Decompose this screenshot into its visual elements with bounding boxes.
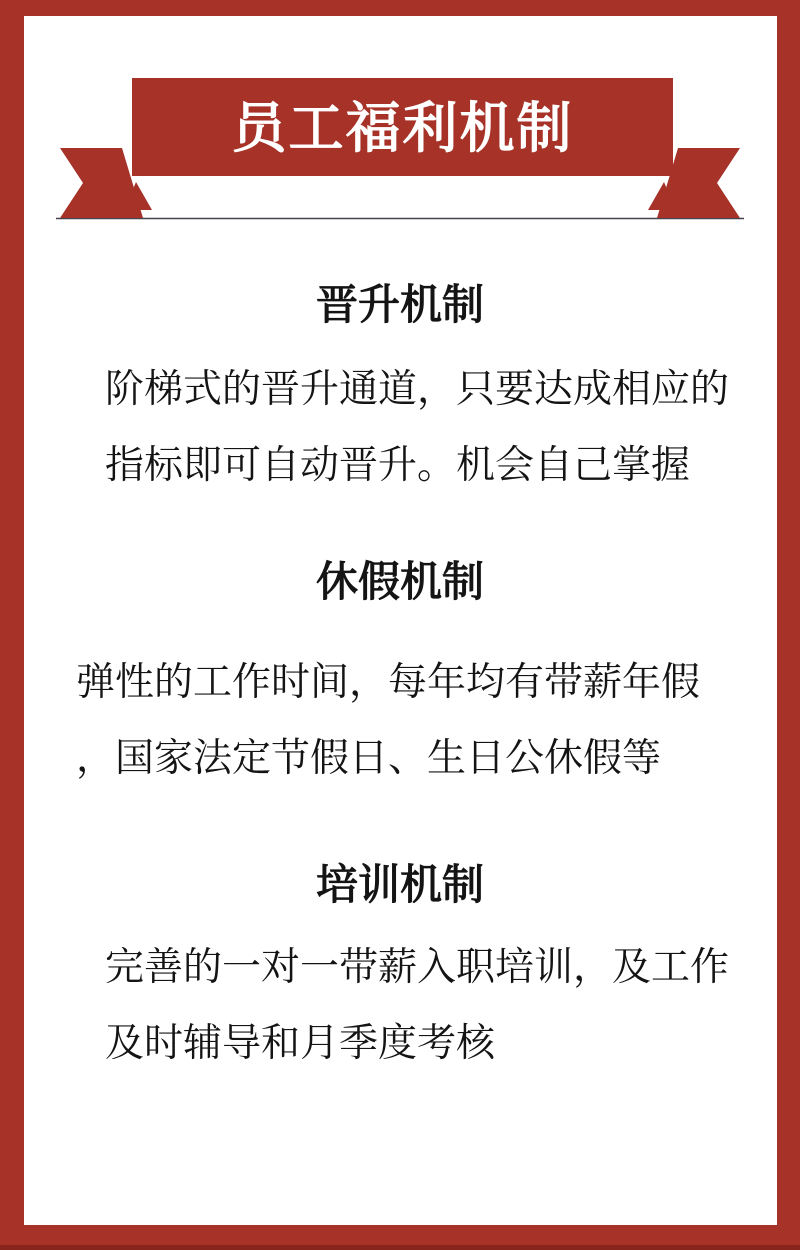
poster-page: 员工福利机制 晋升机制 阶梯式的晋升通道，只要达成相应的 指标即可自动晋升。机会…: [0, 0, 800, 1250]
paragraph-line: 及时辅导和月季度考核: [105, 1006, 729, 1082]
paragraph-line: 指标即可自动晋升。机会自己掌握: [105, 428, 729, 504]
paragraph-line: 阶梯式的晋升通道，只要达成相应的: [105, 352, 729, 428]
section-paragraph-training: 完善的一对一带薪入职培训，及工作 及时辅导和月季度考核: [105, 930, 729, 1082]
bottom-edge-shadow: [0, 1245, 800, 1250]
page-title: 员工福利机制: [231, 100, 573, 155]
paragraph-line: 完善的一对一带薪入职培训，及工作: [105, 930, 729, 1006]
section-paragraph-vacation: 弹性的工作时间，每年均有带薪年假 ，国家法定节假日、生日公休假等: [76, 645, 700, 797]
section-paragraph-promotion: 阶梯式的晋升通道，只要达成相应的 指标即可自动晋升。机会自己掌握: [105, 352, 729, 504]
section-heading-promotion: 晋升机制: [0, 284, 800, 326]
section-heading-training: 培训机制: [0, 864, 800, 906]
paragraph-line: 弹性的工作时间，每年均有带薪年假: [76, 645, 700, 721]
paragraph-line: ，国家法定节假日、生日公休假等: [76, 721, 700, 797]
section-heading-vacation: 休假机制: [0, 561, 800, 603]
title-banner: 员工福利机制: [132, 78, 673, 176]
